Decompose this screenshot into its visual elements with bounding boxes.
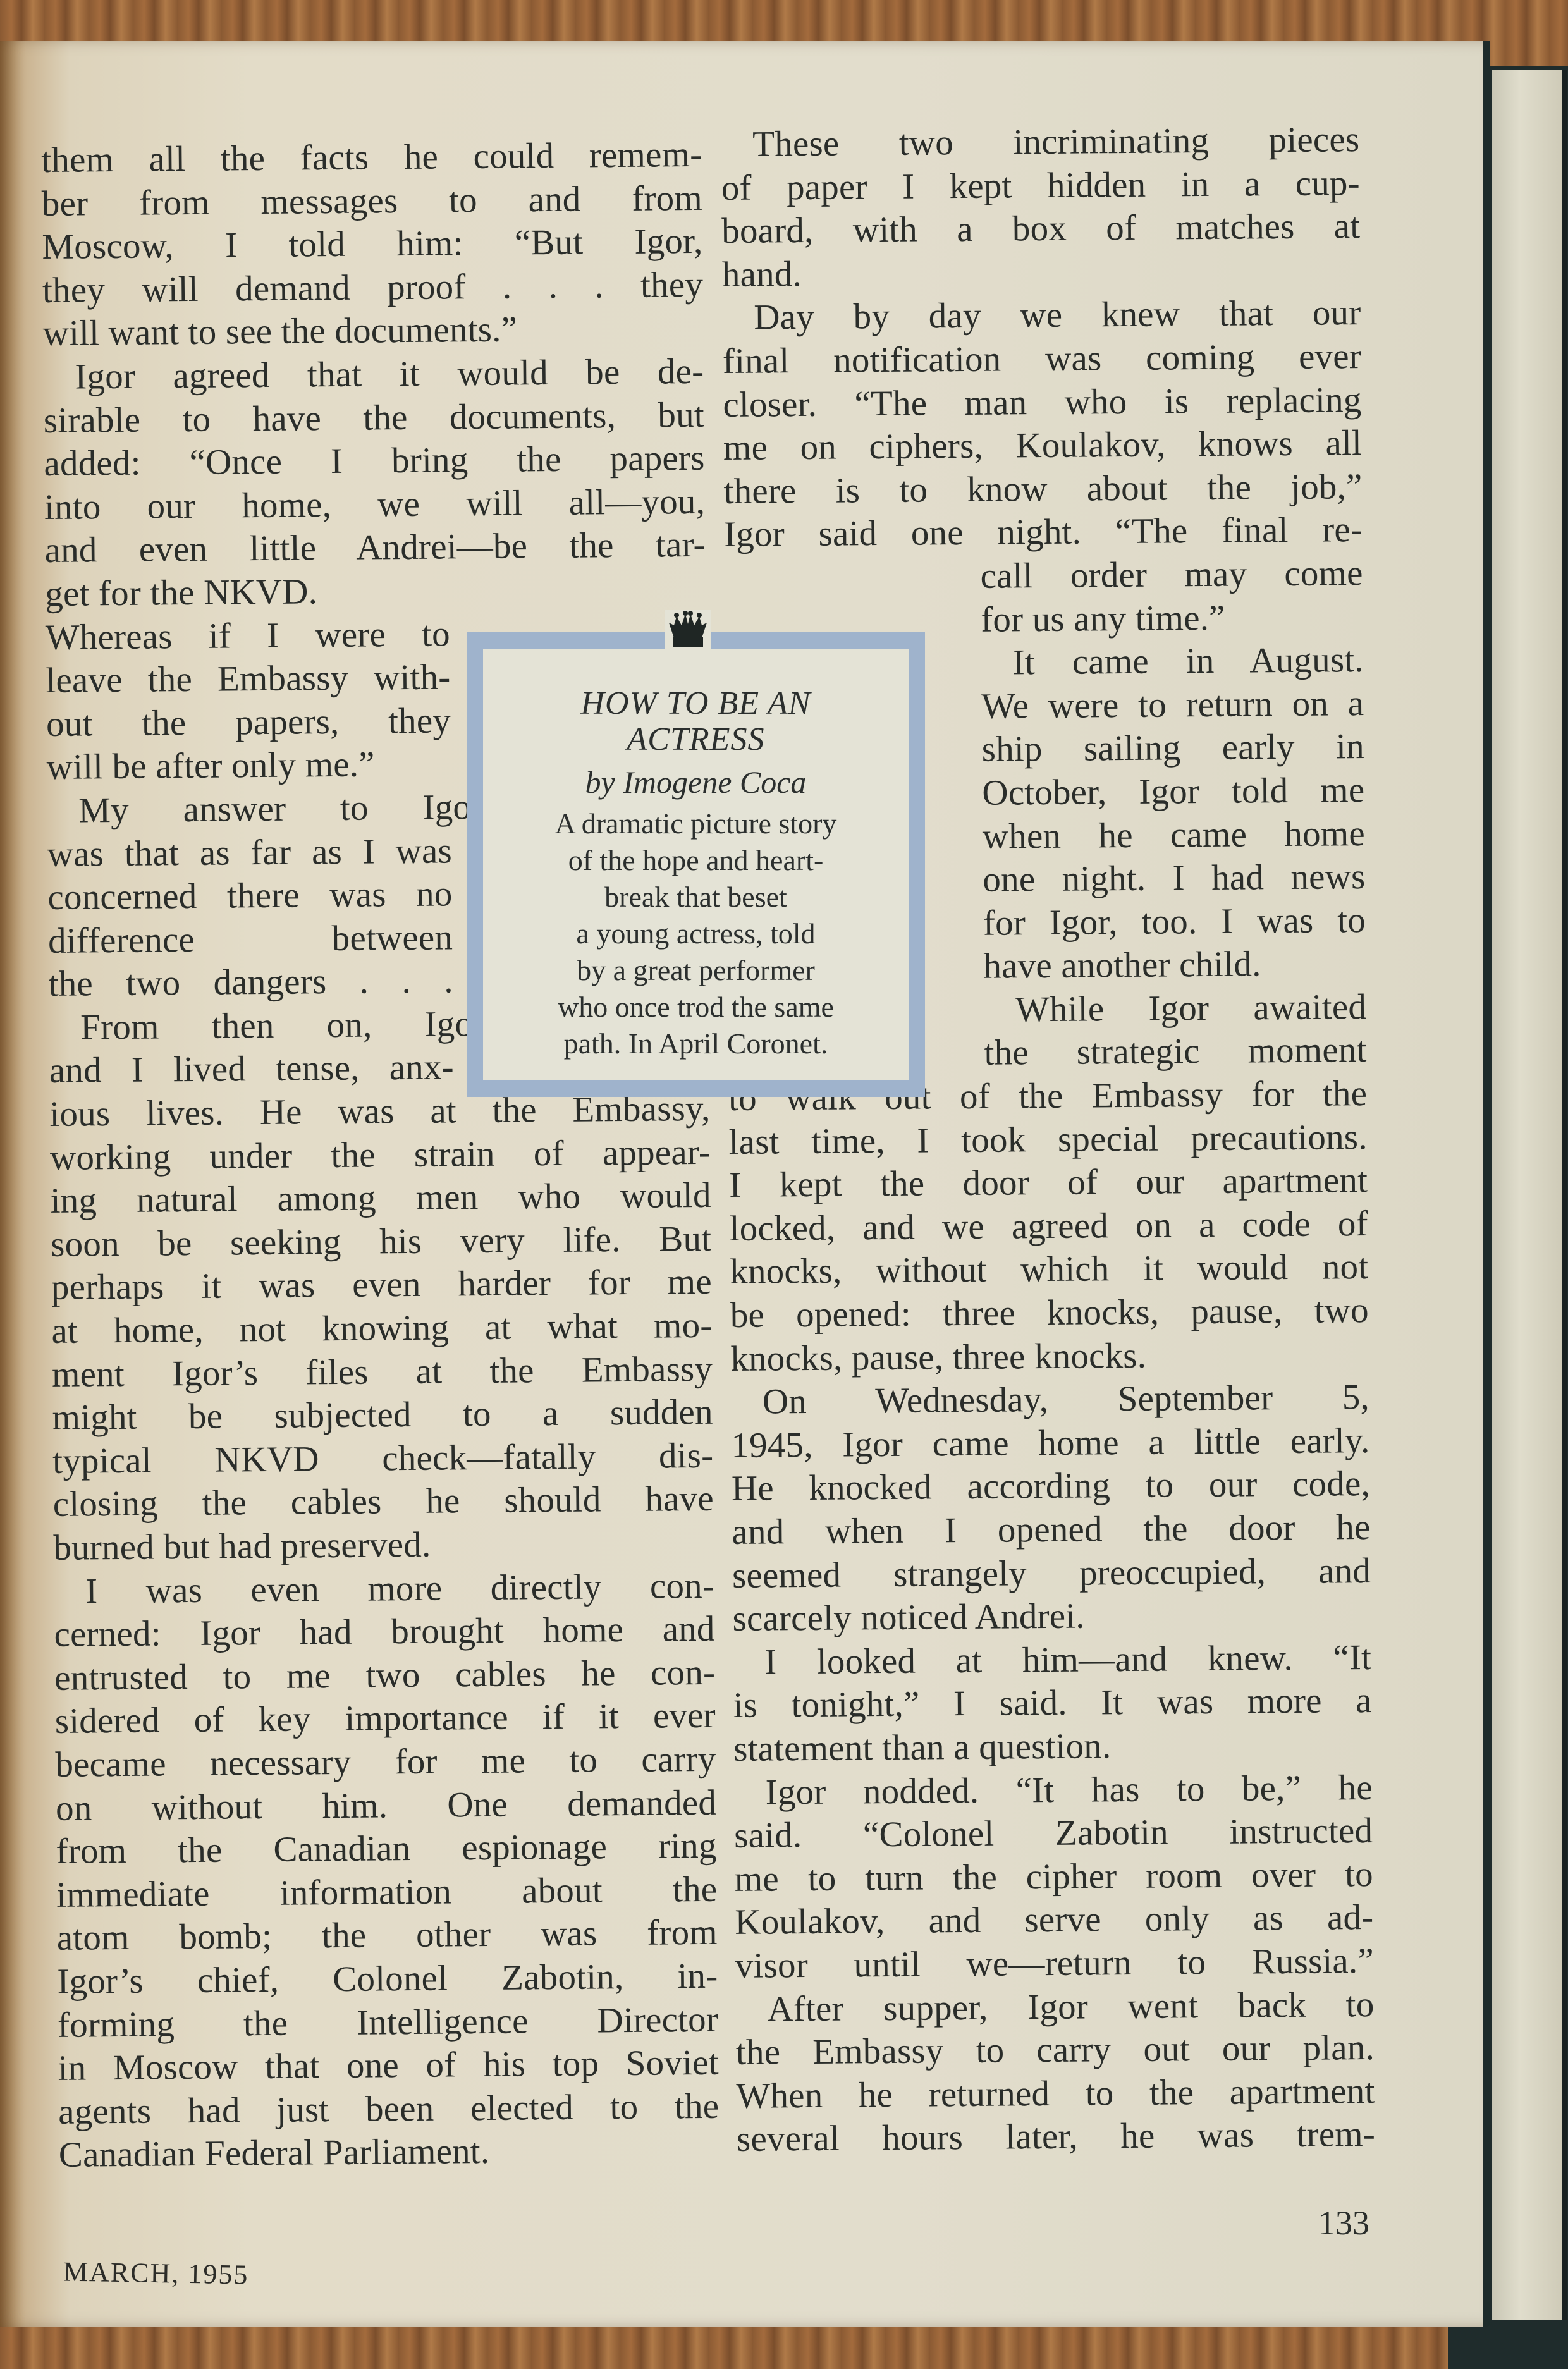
right-text-column: These two incriminating pieces of paper …	[721, 118, 1375, 2162]
text-line: ing natural among men who would	[50, 1174, 711, 1223]
text-line: from the Canadian espionage ring	[56, 1825, 717, 1874]
text-line: visor until we—return to Russia.”	[735, 1940, 1375, 1988]
text-line: burned but had preserved.	[53, 1521, 714, 1570]
text-line: the strategic moment	[984, 1029, 1367, 1075]
text-line: me on ciphers, Koulakov, knows all	[723, 422, 1363, 470]
text-line: was that as far as I was	[47, 829, 453, 876]
text-line: will want to see the documents.”	[42, 307, 704, 356]
left-text-column: them all the facts he could remem- ber f…	[41, 133, 720, 2177]
text-line: at home, not knowing at what mo-	[51, 1304, 713, 1354]
text-line: leave the Embassy with-	[46, 656, 451, 703]
text-line: one night. I had news	[983, 855, 1366, 902]
text-line: working under the strain of appear-	[50, 1130, 711, 1180]
text-line: sidered of key importance if it ever	[55, 1694, 716, 1744]
text-line: in Moscow that one of his top Soviet	[58, 2042, 719, 2091]
text-line: entrusted to me two cables he con-	[54, 1651, 716, 1701]
text-line: they will demand proof . . . they	[42, 264, 704, 313]
text-line: and when I opened the door he	[732, 1506, 1371, 1555]
text-line: Whereas if I were to	[46, 613, 451, 659]
text-line: concerned there was no	[47, 872, 453, 919]
text-line: knocks, pause, three knocks.	[730, 1333, 1369, 1381]
text-line: Igor nodded. “It has to be,” he	[733, 1766, 1373, 1815]
text-line: final notification was coming ever	[723, 335, 1362, 384]
text-line: ber from messages to and from	[42, 176, 703, 226]
text-line: I looked at him—and knew. “It	[733, 1636, 1372, 1685]
text-line: be opened: three knocks, pause, two	[730, 1289, 1369, 1338]
text-line: Igor’s chief, Colonel Zabotin, in-	[57, 1955, 718, 2004]
text-line: It came in August.	[981, 639, 1364, 685]
text-line: for us any time.”	[981, 596, 1364, 642]
text-line: ment Igor’s files at the Embassy	[52, 1347, 713, 1397]
text-line: is tonight,” I said. It was more a	[733, 1679, 1372, 1728]
text-line: My answer to Igor	[47, 786, 484, 833]
promo-line: path. In April Coronet.	[508, 1025, 883, 1062]
text-line: into our home, we will all—you,	[44, 481, 706, 530]
text-line: typical NKVD check—fatally dis-	[52, 1435, 714, 1484]
text-line: Moscow, I told him: “But Igor,	[42, 220, 703, 269]
text-line: said. “Colonel Zabotin instructed	[734, 1809, 1373, 1858]
text-line: perhaps it was even harder for me	[51, 1261, 713, 1310]
text-line: get for the NKVD.	[45, 569, 450, 616]
page-number: 133	[1318, 2203, 1369, 2243]
text-line: will be after only me.”	[46, 743, 451, 790]
text-line: of paper I kept hidden in a cup-	[721, 162, 1361, 211]
text-line: scarcely noticed Andrei.	[732, 1593, 1371, 1641]
text-line: While Igor awaited	[984, 986, 1367, 1032]
promo-title-line: ACTRESS	[483, 721, 909, 757]
text-line: the Embassy to carry out our plan.	[736, 2026, 1375, 2075]
text-line: and I lived tense, anx-	[49, 1046, 455, 1093]
text-line: added: “Once I bring the papers	[44, 437, 705, 486]
text-line: ship sailing early in	[982, 725, 1365, 771]
text-line: Koulakov, and serve only as ad-	[735, 1896, 1374, 1945]
text-line: When he returned to the apartment	[736, 2070, 1375, 2119]
text-line: We were to return on a	[981, 682, 1364, 728]
text-line: several hours later, he was trem-	[737, 2113, 1376, 2162]
text-line: immediate information about the	[56, 1868, 718, 1918]
promo-line: a young actress, told	[508, 915, 883, 952]
text-line: cerned: Igor had brought home and	[54, 1608, 715, 1657]
text-line: knocks, without which it would not	[730, 1246, 1369, 1294]
text-line: and even little Andrei—be the tar-	[44, 523, 706, 573]
text-line: became necessary for me to carry	[55, 1738, 716, 1787]
text-line: out the papers, they	[46, 699, 451, 746]
text-line: soon be seeking his very life. But	[51, 1218, 712, 1267]
promo-line: by a great performer	[508, 952, 883, 989]
coronet-promo-box: HOW TO BE AN ACTRESS by Imogene Coca A d…	[467, 632, 925, 1097]
promo-line: A dramatic picture story	[508, 805, 883, 842]
text-line: there is to know about the job,”	[723, 465, 1363, 514]
promo-line: break that beset	[508, 879, 883, 915]
crown-icon	[665, 610, 711, 649]
cover-edge	[1492, 70, 1567, 2320]
text-line: for Igor, too. I was to	[983, 899, 1366, 945]
text-line: the two dangers . . .	[48, 960, 453, 1007]
text-line: statement than a question.	[733, 1723, 1373, 1772]
text-line: hand.	[722, 248, 1361, 297]
text-line: Canadian Federal Parliament.	[59, 2128, 720, 2177]
text-line: Day by day we knew that our	[722, 291, 1361, 340]
text-line: October, Igor told me	[982, 769, 1365, 815]
promo-line: who once trod the same	[508, 989, 883, 1025]
text-line: board, with a box of matches at	[721, 205, 1361, 254]
text-line: closer. “The man who is replacing	[723, 379, 1362, 427]
text-line: them all the facts he could remem-	[41, 133, 702, 183]
text-line: last time, I took special precautions.	[728, 1116, 1368, 1165]
text-line: when he came home	[983, 812, 1366, 859]
text-line: closing the cables he should have	[53, 1478, 714, 1527]
text-line: sirable to have the documents, but	[44, 393, 705, 443]
text-line: On Wednesday, September 5,	[731, 1376, 1370, 1424]
issue-date-footer: MARCH, 1955	[63, 2255, 249, 2291]
magazine-page: them all the facts he could remem- ber f…	[0, 41, 1490, 2327]
text-line: agents had just been elected to the	[58, 2084, 720, 2134]
text-line: I kept the door of our apartment	[729, 1159, 1368, 1208]
text-line: atom bomb; the other was from	[57, 1911, 718, 1961]
text-line: From then on, Igor	[49, 1003, 486, 1050]
text-line: on without him. One demanded	[56, 1781, 717, 1830]
text-line: forming the Intelligence Director	[58, 1998, 719, 2047]
text-line: seemed strangely preoccupied, and	[732, 1550, 1371, 1598]
text-line: call order may come	[980, 552, 1363, 598]
text-line: locked, and we agreed on a code of	[729, 1203, 1368, 1251]
text-line: He knocked according to our code,	[732, 1462, 1371, 1511]
promo-title-line: HOW TO BE AN	[483, 685, 909, 721]
text-line: might be subjected to a sudden	[52, 1391, 713, 1440]
text-line: After supper, Igor went back to	[735, 1983, 1375, 2032]
promo-line: of the hope and heart-	[508, 842, 883, 879]
text-line: Igor said one night. “The final re-	[724, 508, 1363, 557]
text-line: me to turn the cipher room over to	[735, 1853, 1374, 1902]
promo-byline: by Imogene Coca	[483, 761, 909, 803]
text-line: I was even more directly con-	[54, 1564, 715, 1613]
text-line: 1945, Igor came home a little early.	[731, 1419, 1370, 1468]
promo-title: HOW TO BE AN ACTRESS	[483, 685, 909, 757]
promo-description: A dramatic picture story of the hope and…	[483, 805, 909, 1062]
text-line: have another child.	[983, 942, 1366, 988]
text-line: difference between	[48, 916, 453, 963]
text-line: Igor agreed that it would be de-	[43, 350, 704, 400]
text-line: These two incriminating pieces	[721, 118, 1360, 167]
